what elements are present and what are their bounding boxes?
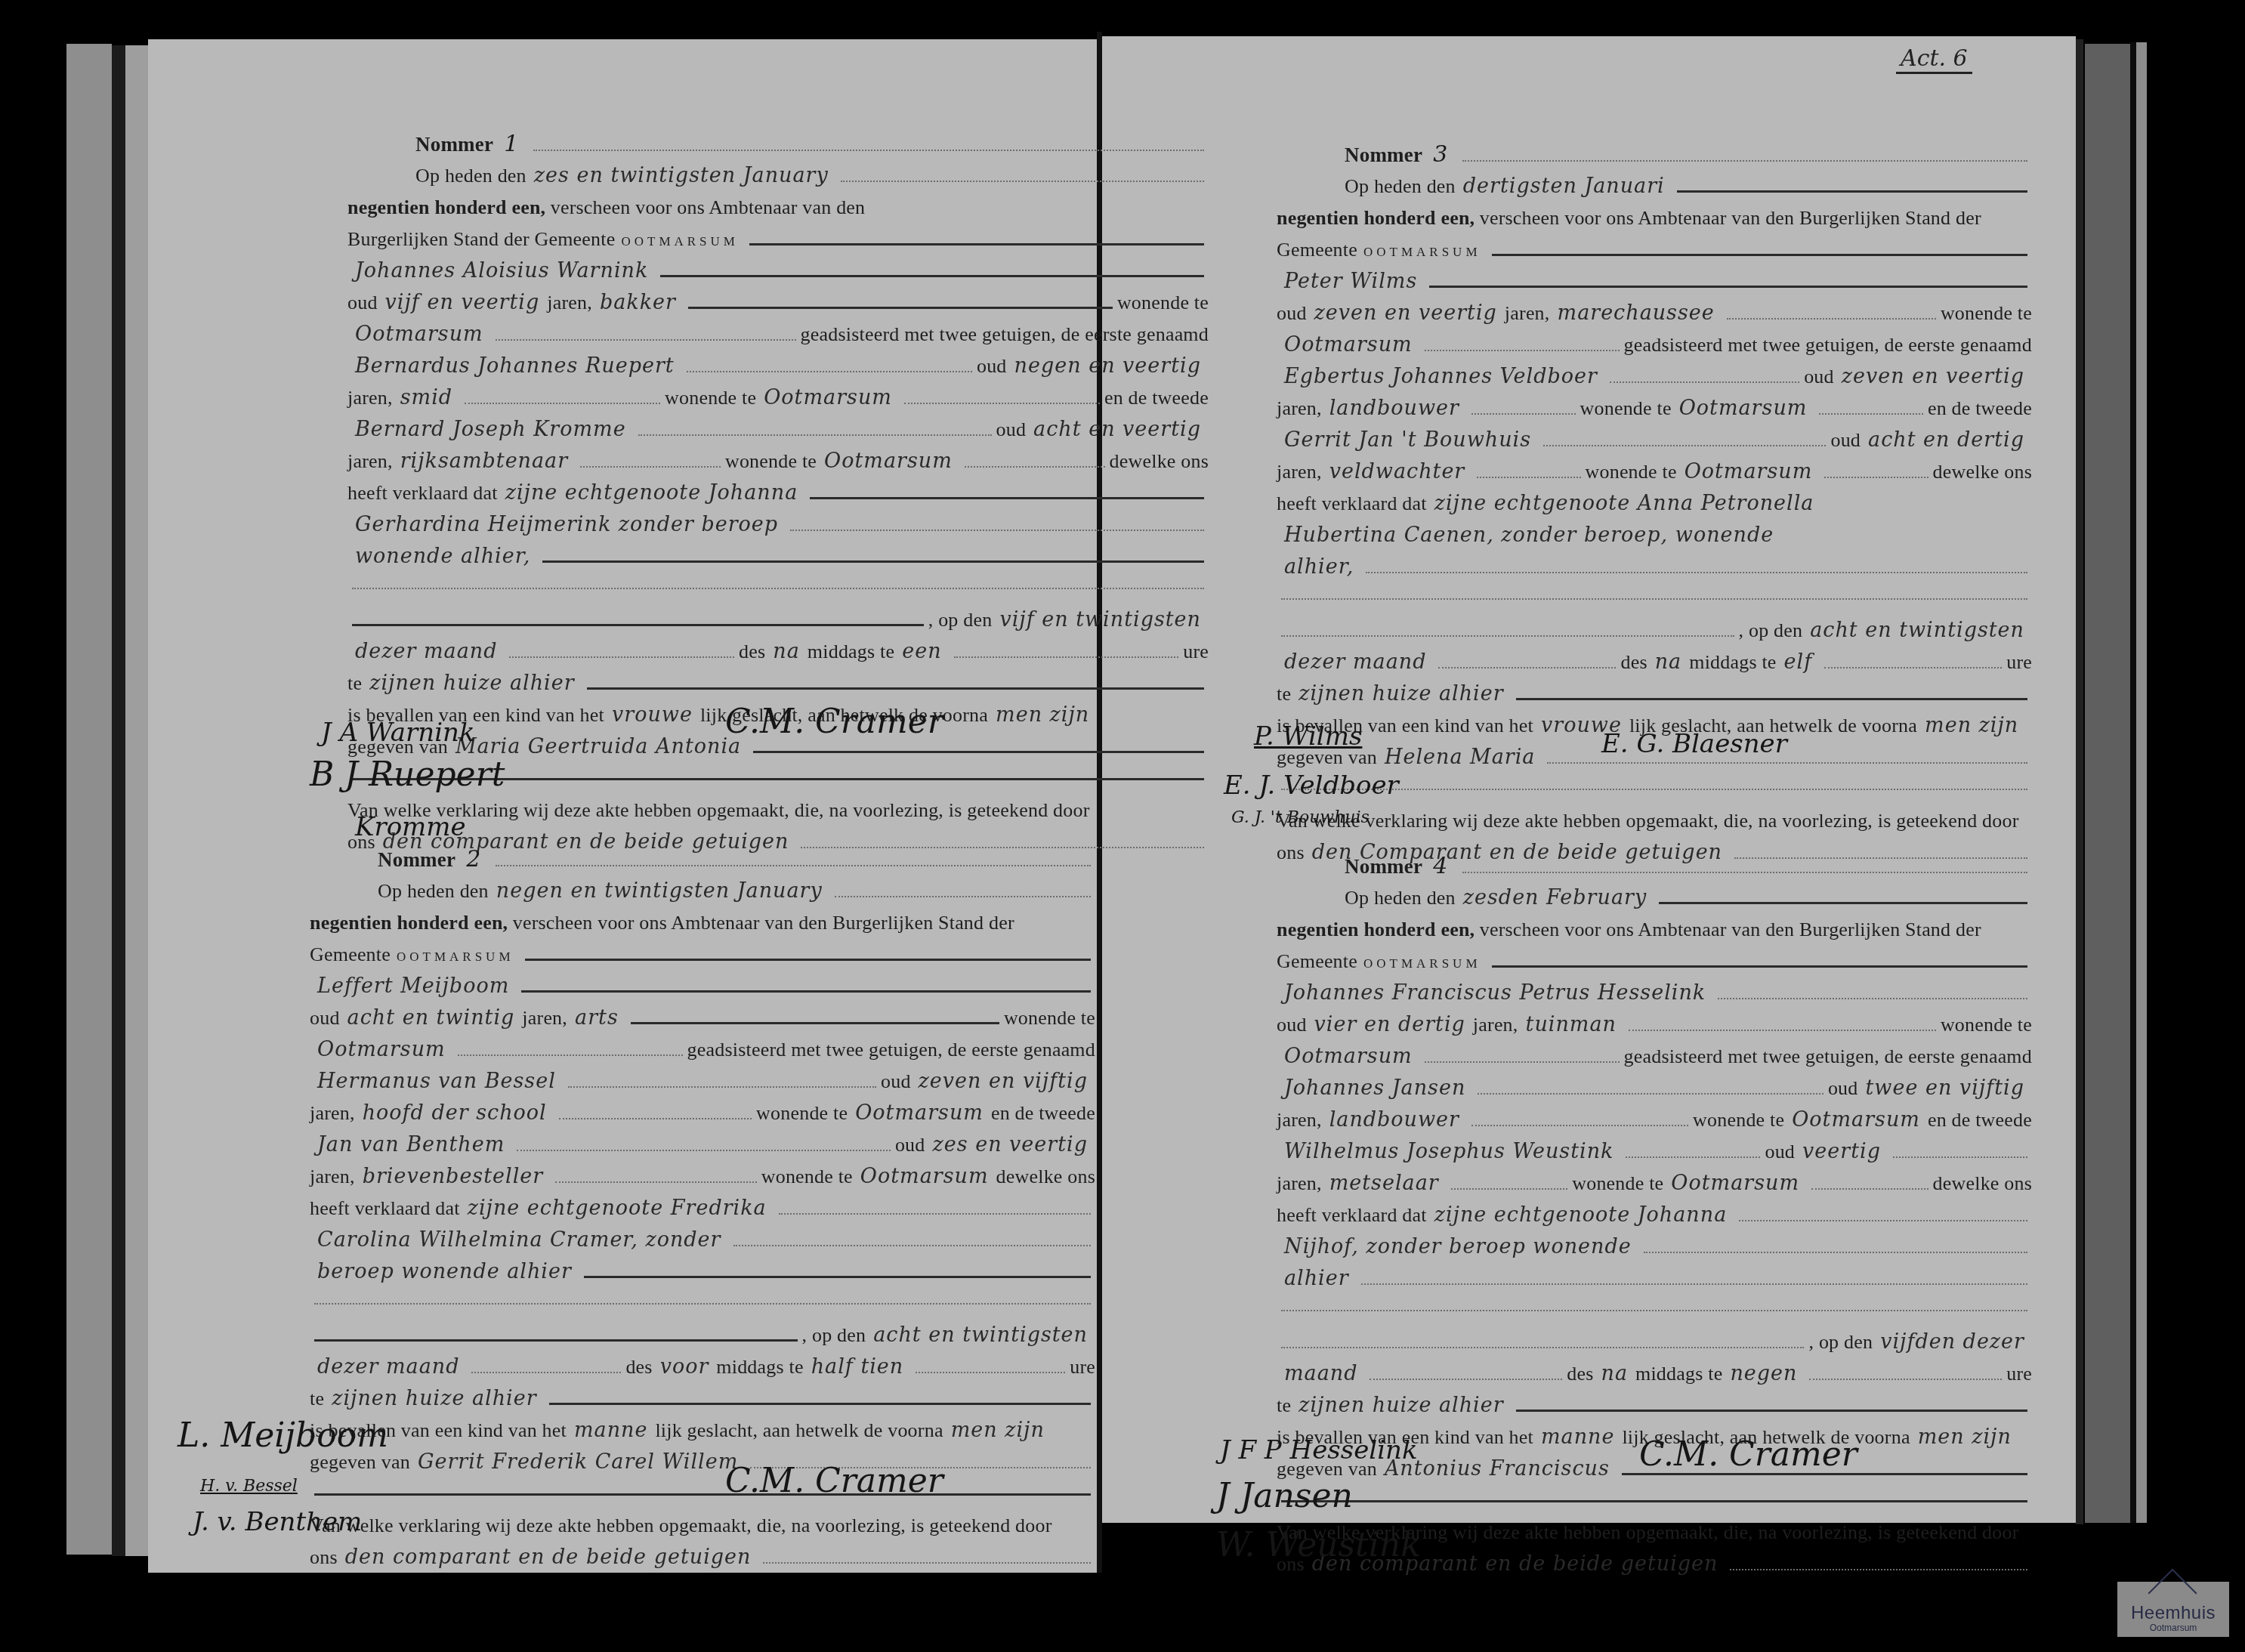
record-date: zesden February bbox=[1463, 882, 1647, 914]
declarant-name: Leffert Meijboom bbox=[317, 971, 509, 1002]
form-text: oud bbox=[347, 287, 378, 319]
record-date: negen en twintigsten January bbox=[496, 875, 823, 907]
form-text: ure bbox=[2006, 1358, 2032, 1390]
record-number: 2 bbox=[466, 844, 480, 875]
form-text: jaren, bbox=[1505, 298, 1550, 329]
birth-hour: negen bbox=[1730, 1358, 1797, 1390]
child-names: Helena Maria bbox=[1385, 742, 1536, 774]
logo-name: Heemhuis bbox=[2117, 1603, 2229, 1624]
form-text: Op heden den bbox=[1345, 882, 1456, 914]
signature: J Jansen bbox=[1216, 1477, 1353, 1515]
signature: P. Wilms bbox=[1254, 721, 1362, 752]
form-text: verscheen voor ons Ambtenaar van den Bur… bbox=[1480, 914, 1981, 946]
form-text: Op heden den bbox=[1345, 171, 1456, 202]
witness2-occupation: rijksambtenaar bbox=[400, 446, 568, 477]
heemhuis-logo: Heemhuis Ootmarsum bbox=[2117, 1582, 2229, 1637]
witness2-residence: Ootmarsum bbox=[1685, 456, 1813, 488]
witness2-age: acht en veertig bbox=[1033, 414, 1201, 446]
birth-day: acht en twintigsten bbox=[1810, 615, 2024, 647]
form-text: wonende te bbox=[725, 446, 817, 477]
book-cover-right bbox=[2085, 44, 2130, 1523]
witness2-name: Jan van Benthem bbox=[317, 1129, 505, 1161]
form-text: oud bbox=[1828, 1073, 1858, 1104]
birth-hour: een bbox=[902, 636, 941, 668]
nommer-label: Nommer bbox=[415, 128, 493, 160]
form-text: dewelke ons bbox=[1110, 446, 1209, 477]
declarant-occupation: marechaussee bbox=[1558, 298, 1715, 329]
form-text: geadsisteerd met twee getuigen, de eerst… bbox=[1624, 329, 2032, 361]
form-text: jaren, bbox=[522, 1002, 567, 1034]
declarant-occupation: arts bbox=[575, 1002, 619, 1034]
signature: J F P Hesselink bbox=[1220, 1435, 1418, 1465]
signature: B J Ruepert bbox=[310, 755, 505, 794]
page-edge-left bbox=[125, 45, 148, 1556]
form-text: , op den bbox=[928, 604, 993, 636]
record-number: 3 bbox=[1433, 139, 1447, 171]
signature: E. G. Blaesner bbox=[1601, 729, 1787, 759]
form-text: wonende te bbox=[756, 1098, 848, 1129]
birth-month: dezer maand bbox=[317, 1351, 459, 1383]
record-year: negentien honderd een, bbox=[1277, 202, 1475, 234]
birth-record-1: Nommer1 Op heden denzes en twintigsten J… bbox=[347, 128, 1209, 858]
form-text: dewelke ons bbox=[1933, 456, 2032, 488]
municipality: OOTMARSUM bbox=[1363, 948, 1481, 980]
nommer-label: Nommer bbox=[1345, 139, 1422, 171]
birth-record-2: Nommer2 Op heden dennegen en twintigsten… bbox=[310, 844, 1095, 1573]
declarant-age: vier en dertig bbox=[1314, 1009, 1465, 1041]
witness1-name: Egbertus Johannes Veldboer bbox=[1284, 361, 1598, 393]
declarant-residence: Ootmarsum bbox=[1284, 1041, 1413, 1073]
book-binding-right bbox=[2130, 42, 2136, 1523]
signature: L. Meijboom bbox=[178, 1416, 388, 1455]
statement-line-3: beroep wonende alhier bbox=[317, 1256, 572, 1288]
statement-line-3: wonende alhier, bbox=[355, 541, 530, 573]
form-text: Op heden den bbox=[415, 160, 527, 192]
form-text: jaren, bbox=[310, 1098, 355, 1129]
witness2-name: Wilhelmus Josephus Weustink bbox=[1284, 1136, 1613, 1168]
signature: C.M. Cramer bbox=[1639, 1435, 1857, 1474]
birth-place: zijnen huize alhier bbox=[332, 1383, 536, 1415]
form-text: dewelke ons bbox=[996, 1161, 1095, 1193]
birth-ampm: na bbox=[1601, 1358, 1629, 1390]
signature: G. J. 't Bouwhuis bbox=[1231, 808, 1370, 827]
statement-line-1: zijne echtgenoote Fredrika bbox=[468, 1193, 767, 1224]
form-text: oud bbox=[996, 414, 1027, 446]
birth-ampm: na bbox=[1655, 647, 1682, 678]
form-text: en de tweede bbox=[1928, 1104, 2032, 1136]
form-text: oud bbox=[1765, 1136, 1795, 1168]
witness2-residence: Ootmarsum bbox=[824, 446, 953, 477]
form-text: jaren, bbox=[1473, 1009, 1518, 1041]
statement-line-2: Hubertina Caenen, zonder beroep, wonende bbox=[1284, 520, 1774, 551]
witness1-age: zeven en vijftig bbox=[919, 1066, 1088, 1098]
form-text: te bbox=[347, 668, 362, 699]
signature: J. v. Benthem bbox=[193, 1507, 362, 1537]
nommer-label: Nommer bbox=[378, 844, 455, 875]
form-text: jaren, bbox=[347, 382, 393, 414]
declarant-occupation: bakker bbox=[600, 287, 676, 319]
names-suffix: men zijn bbox=[1918, 1422, 2012, 1453]
birth-place: zijnen huize alhier bbox=[1299, 678, 1503, 710]
form-text: en de tweede bbox=[1104, 382, 1209, 414]
statement-line-2: Carolina Wilhelmina Cramer, zonder bbox=[317, 1224, 721, 1256]
child-sex: vrouwe bbox=[612, 699, 693, 731]
statement-line-1: zijne echtgenoote Anna Petronella bbox=[1434, 488, 1814, 520]
signature: C.M. Cramer bbox=[725, 702, 943, 741]
form-text: oud bbox=[977, 350, 1007, 382]
birth-day: vijfden dezer bbox=[1880, 1326, 2024, 1358]
declarant-residence: Ootmarsum bbox=[355, 319, 483, 350]
form-text: heeft verklaard dat bbox=[347, 477, 498, 509]
form-text: verscheen voor ons Ambtenaar van den Bur… bbox=[1480, 202, 1981, 234]
form-text: des bbox=[1620, 647, 1647, 678]
form-text: jaren, bbox=[347, 446, 393, 477]
form-text: oud bbox=[1804, 361, 1834, 393]
page-edge-right bbox=[2136, 42, 2147, 1523]
names-suffix: men zijn bbox=[951, 1415, 1045, 1447]
witness1-name: Bernardus Johannes Ruepert bbox=[355, 350, 675, 382]
record-year: negentien honderd een, bbox=[347, 192, 545, 224]
signature: W. Weustink bbox=[1216, 1526, 1421, 1564]
form-text: geadsisteerd met twee getuigen, de eerst… bbox=[1624, 1041, 2032, 1073]
form-text: jaren, bbox=[1277, 1168, 1322, 1200]
child-sex: manne bbox=[574, 1415, 647, 1447]
form-text: verscheen voor ons Ambtenaar van den bbox=[551, 192, 866, 224]
record-date: dertigsten Januari bbox=[1463, 171, 1665, 202]
child-names: Gerrit Frederik Carel Willem bbox=[418, 1447, 738, 1478]
record-number: 4 bbox=[1433, 851, 1447, 882]
form-text: geadsisteerd met twee getuigen, de eerst… bbox=[801, 319, 1209, 350]
witness1-occupation: smid bbox=[400, 382, 452, 414]
book-binding-left bbox=[112, 45, 125, 1556]
witness2-occupation: veldwachter bbox=[1329, 456, 1465, 488]
form-text: ons bbox=[310, 1542, 338, 1573]
witness2-occupation: brievenbesteller bbox=[363, 1161, 544, 1193]
signature: J A Warnink bbox=[321, 718, 475, 748]
statement-line-3: alhier bbox=[1284, 1263, 1349, 1295]
statement-line-1: zijne echtgenoote Johanna bbox=[1434, 1200, 1728, 1231]
child-sex: manne bbox=[1541, 1422, 1614, 1453]
form-text: ure bbox=[1183, 636, 1209, 668]
witness1-residence: Ootmarsum bbox=[1679, 393, 1808, 425]
form-text: heeft verklaard dat bbox=[1277, 1200, 1427, 1231]
signature: Kromme bbox=[355, 812, 466, 842]
form-text: te bbox=[1277, 1390, 1291, 1422]
form-text: des bbox=[739, 636, 765, 668]
statement-line-2: Nijhof, zonder beroep wonende bbox=[1284, 1231, 1632, 1263]
declarant-residence: Ootmarsum bbox=[317, 1034, 446, 1066]
form-text: Burgerlijken Stand der Gemeente bbox=[347, 224, 615, 255]
names-suffix: men zijn bbox=[996, 699, 1089, 731]
form-text: oud bbox=[1277, 1009, 1307, 1041]
birth-hour: half tien bbox=[811, 1351, 904, 1383]
form-text: en de tweede bbox=[1928, 393, 2032, 425]
form-text: jaren, bbox=[547, 287, 592, 319]
witness1-age: zeven en veertig bbox=[1842, 361, 2024, 393]
birth-day: vijf en twintigsten bbox=[999, 604, 1201, 636]
form-text: geadsisteerd met twee getuigen, de eerst… bbox=[687, 1034, 1095, 1066]
form-text: wonende te bbox=[1941, 298, 2032, 329]
statement-line-3: alhier, bbox=[1284, 551, 1354, 583]
signature: H. v. Bessel bbox=[200, 1477, 298, 1496]
child-names: Antonius Franciscus bbox=[1385, 1453, 1610, 1485]
birth-record-3: Nommer3 Op heden dendertigsten Januari n… bbox=[1277, 139, 2032, 869]
form-text: wonende te bbox=[1586, 456, 1677, 488]
witness2-age: zes en veertig bbox=[933, 1129, 1088, 1161]
record-year: negentien honderd een, bbox=[1277, 914, 1475, 946]
witness2-residence: Ootmarsum bbox=[860, 1161, 989, 1193]
form-text: en de tweede bbox=[991, 1098, 1095, 1129]
declarant-age: zeven en veertig bbox=[1314, 298, 1497, 329]
declarant-name: Peter Wilms bbox=[1284, 266, 1417, 298]
book-cover-left bbox=[66, 44, 112, 1555]
witness1-name: Hermanus van Bessel bbox=[317, 1066, 556, 1098]
form-text: te bbox=[1277, 678, 1291, 710]
form-text: , op den bbox=[1739, 615, 1803, 647]
form-text: oud bbox=[881, 1066, 911, 1098]
declarant-name: Johannes Franciscus Petrus Hesselink bbox=[1284, 977, 1706, 1009]
form-text: middags te bbox=[808, 636, 894, 668]
names-suffix: men zijn bbox=[1925, 710, 2018, 742]
municipality: OOTMARSUM bbox=[1363, 236, 1481, 268]
form-text: wonende te bbox=[1117, 287, 1209, 319]
form-text: middags te bbox=[1689, 647, 1776, 678]
birth-month: maand bbox=[1284, 1358, 1357, 1390]
form-text: dewelke ons bbox=[1933, 1168, 2032, 1200]
witness2-name: Bernard Joseph Kromme bbox=[355, 414, 626, 446]
record-year: negentien honderd een, bbox=[310, 907, 508, 939]
witness1-age: negen en veertig bbox=[1014, 350, 1201, 382]
signed-by: den comparant en de beide getuigen bbox=[345, 1542, 752, 1573]
form-text: lijk geslacht, aan hetwelk de voorna bbox=[655, 1415, 943, 1447]
form-text: oud bbox=[310, 1002, 340, 1034]
form-text: Gemeente bbox=[1277, 946, 1357, 977]
witness1-occupation: landbouwer bbox=[1329, 393, 1459, 425]
declarant-occupation: tuinman bbox=[1526, 1009, 1617, 1041]
form-text: oud bbox=[1830, 425, 1861, 456]
form-text: wonende te bbox=[1941, 1009, 2032, 1041]
form-text: wonende te bbox=[1572, 1168, 1663, 1200]
form-text: jaren, bbox=[310, 1161, 355, 1193]
municipality: OOTMARSUM bbox=[397, 941, 514, 973]
form-text: des bbox=[625, 1351, 652, 1383]
form-text: Van welke verklaring wij deze akte hebbe… bbox=[310, 1510, 1052, 1542]
declarant-age: vijf en veertig bbox=[385, 287, 540, 319]
witness1-residence: Ootmarsum bbox=[855, 1098, 984, 1129]
birth-place: zijnen huize alhier bbox=[1299, 1390, 1503, 1422]
page-gutter-right bbox=[2076, 39, 2083, 1524]
form-text: te bbox=[310, 1383, 324, 1415]
witness2-occupation: metselaar bbox=[1329, 1168, 1439, 1200]
form-text: oud bbox=[1277, 298, 1307, 329]
birth-ampm: voor bbox=[660, 1351, 709, 1383]
witness1-name: Johannes Jansen bbox=[1284, 1073, 1465, 1104]
form-text: jaren, bbox=[1277, 456, 1322, 488]
witness1-age: twee en vijftig bbox=[1866, 1073, 2024, 1104]
witness1-occupation: hoofd der school bbox=[363, 1098, 547, 1129]
form-text: wonende te bbox=[1004, 1002, 1095, 1034]
form-text: jaren, bbox=[1277, 1104, 1322, 1136]
witness2-residence: Ootmarsum bbox=[1671, 1168, 1799, 1200]
birth-month: dezer maand bbox=[355, 636, 497, 668]
form-text: Gemeente bbox=[1277, 234, 1357, 266]
municipality: OOTMARSUM bbox=[621, 226, 739, 258]
record-date: zes en twintigsten January bbox=[534, 160, 829, 192]
form-text: oud bbox=[895, 1129, 925, 1161]
form-text: jaren, bbox=[1277, 393, 1322, 425]
form-text: des bbox=[1567, 1358, 1593, 1390]
declarant-age: acht en twintig bbox=[347, 1002, 515, 1034]
witness2-age: acht en dertig bbox=[1868, 425, 2024, 456]
form-text: , op den bbox=[802, 1320, 866, 1351]
form-text: wonende te bbox=[1693, 1104, 1784, 1136]
form-text: , op den bbox=[1808, 1326, 1873, 1358]
form-text: ure bbox=[1070, 1351, 1095, 1383]
statement-line-2: Gerhardina Heijmerink zonder beroep bbox=[355, 509, 778, 541]
form-text: middags te bbox=[716, 1351, 803, 1383]
form-text: Van welke verklaring wij deze akte hebbe… bbox=[1277, 805, 2019, 837]
form-text: heeft verklaard dat bbox=[310, 1193, 460, 1224]
birth-hour: elf bbox=[1784, 647, 1813, 678]
signature: E. J. Veldboer bbox=[1224, 770, 1399, 801]
record-number: 1 bbox=[504, 128, 518, 160]
form-text: wonende te bbox=[665, 382, 756, 414]
logo-subtitle: Ootmarsum bbox=[2117, 1623, 2229, 1633]
signature: C.M. Cramer bbox=[725, 1462, 943, 1500]
form-text: Op heden den bbox=[378, 875, 489, 907]
birth-ampm: na bbox=[773, 636, 800, 668]
form-text: ure bbox=[2006, 647, 2032, 678]
birth-month: dezer maand bbox=[1284, 647, 1426, 678]
nommer-label: Nommer bbox=[1345, 851, 1422, 882]
birth-place: zijnen huize alhier bbox=[369, 668, 574, 699]
form-text: wonende te bbox=[1580, 393, 1672, 425]
form-text: heeft verklaard dat bbox=[1277, 488, 1427, 520]
witness1-occupation: landbouwer bbox=[1329, 1104, 1459, 1136]
witness2-name: Gerrit Jan 't Bouwhuis bbox=[1284, 425, 1531, 456]
witness2-age: veertig bbox=[1802, 1136, 1881, 1168]
act-reference-note: Act. 6 bbox=[1896, 45, 1972, 74]
form-text: middags te bbox=[1635, 1358, 1722, 1390]
witness1-residence: Ootmarsum bbox=[1792, 1104, 1920, 1136]
birth-day: acht en twintigsten bbox=[873, 1320, 1088, 1351]
declarant-name: Johannes Aloisius Warnink bbox=[355, 255, 648, 287]
form-text: Gemeente bbox=[310, 939, 391, 971]
statement-line-1: zijne echtgenoote Johanna bbox=[505, 477, 798, 509]
declarant-residence: Ootmarsum bbox=[1284, 329, 1413, 361]
form-text: verscheen voor ons Ambtenaar van den Bur… bbox=[513, 907, 1014, 939]
form-text: wonende te bbox=[761, 1161, 853, 1193]
witness1-residence: Ootmarsum bbox=[764, 382, 892, 414]
